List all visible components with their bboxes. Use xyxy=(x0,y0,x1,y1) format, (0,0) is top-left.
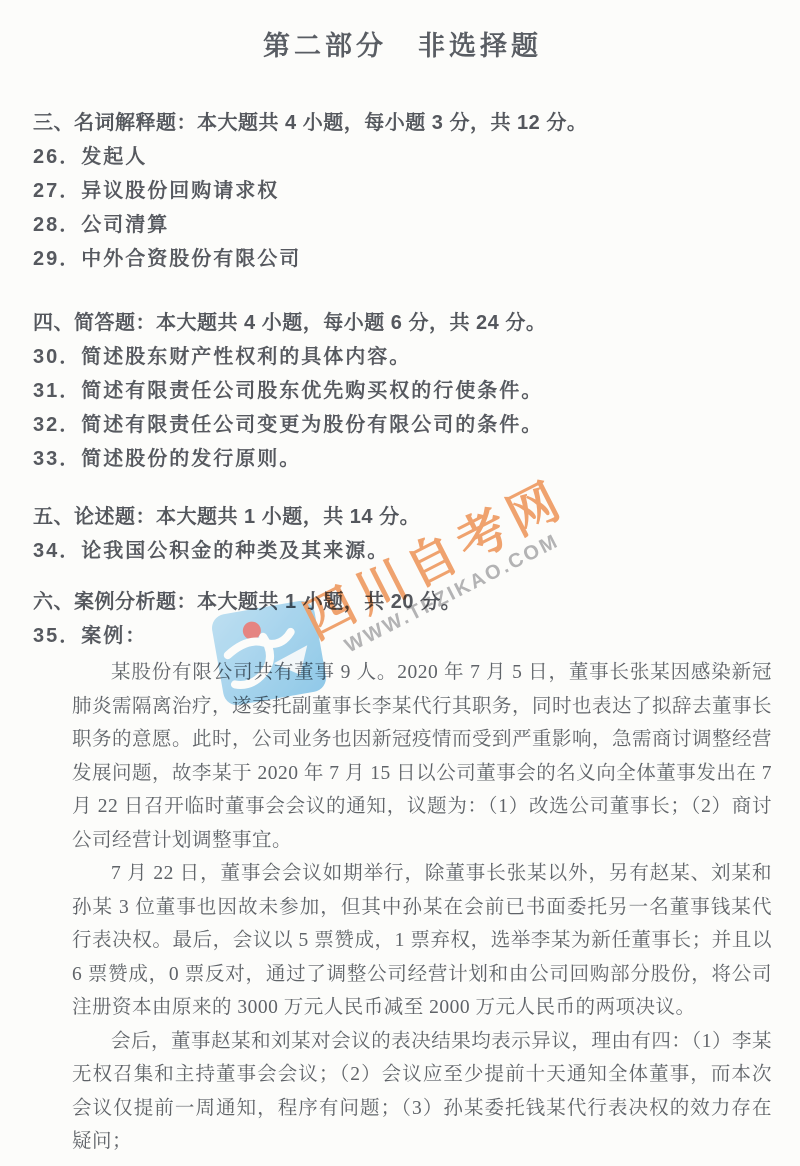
question-item: 29．中外合资股份有限公司 xyxy=(33,242,772,276)
question-item: 35．案例： xyxy=(33,619,772,653)
question-item: 33．简述股份的发行原则。 xyxy=(33,442,772,476)
question-item: 32．简述有限责任公司变更为股份有限公司的条件。 xyxy=(33,408,772,442)
question-item: 27．异议股份回购请求权 xyxy=(33,174,772,208)
section-heading: 四、简答题：本大题共 4 小题，每小题 6 分，共 24 分。 xyxy=(33,306,772,340)
exam-page: 第二部分 非选择题 三、名词解释题：本大题共 4 小题，每小题 3 分，共 12… xyxy=(0,0,800,1166)
case-paragraph: 7 月 22 日，董事会会议如期举行，除董事长张某以外，另有赵某、刘某和孙某 3… xyxy=(72,857,772,1025)
question-item: 28．公司清算 xyxy=(33,208,772,242)
question-item: 26．发起人 xyxy=(33,140,772,174)
section-heading: 五、论述题：本大题共 1 小题，共 14 分。 xyxy=(33,500,772,534)
case-paragraph: 会后，董事赵某和刘某对会议的表决结果均表示异议，理由有四：（1）李某无权召集和主… xyxy=(72,1025,772,1159)
section-short-answer: 四、简答题：本大题共 4 小题，每小题 6 分，共 24 分。 30．简述股东财… xyxy=(33,306,772,476)
question-item: 30．简述股东财产性权利的具体内容。 xyxy=(33,340,772,374)
section-heading: 六、案例分析题：本大题共 1 小题，共 20 分。 xyxy=(33,585,772,619)
case-text: 某股份有限公司共有董事 9 人。2020 年 7 月 5 日，董事长张某因感染新… xyxy=(72,656,772,1159)
section-term-definitions: 三、名词解释题：本大题共 4 小题，每小题 3 分，共 12 分。 26．发起人… xyxy=(33,106,772,276)
page-title: 第二部分 非选择题 xyxy=(33,26,772,66)
section-essay: 五、论述题：本大题共 1 小题，共 14 分。 34．论我国公积金的种类及其来源… xyxy=(33,500,772,568)
question-item: 31．简述有限责任公司股东优先购买权的行使条件。 xyxy=(33,374,772,408)
section-heading: 三、名词解释题：本大题共 4 小题，每小题 3 分，共 12 分。 xyxy=(33,106,772,140)
case-paragraph: 某股份有限公司共有董事 9 人。2020 年 7 月 5 日，董事长张某因感染新… xyxy=(72,656,772,857)
section-case-analysis: 六、案例分析题：本大题共 1 小题，共 20 分。 35．案例： xyxy=(33,585,772,653)
question-item: 34．论我国公积金的种类及其来源。 xyxy=(33,534,772,568)
